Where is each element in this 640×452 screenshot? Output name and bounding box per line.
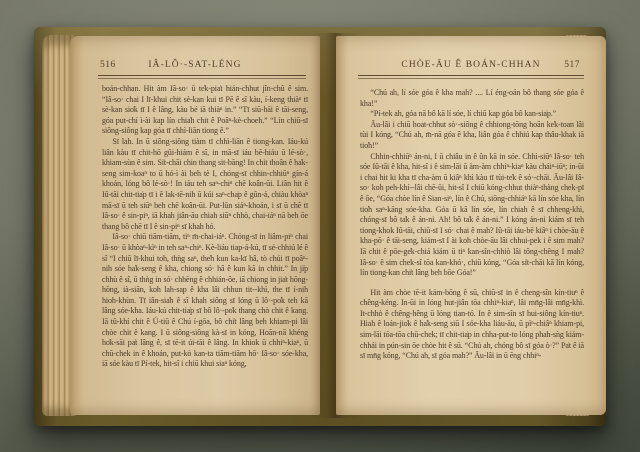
left-running-title: IÂ-LÔ·-SAT-LÉNG <box>148 60 241 70</box>
paragraph: “Pí-tek ah, góa nā bô kā lí sóe, lí chiū… <box>360 109 584 120</box>
right-header-rule <box>358 75 584 79</box>
right-page-text: “Chú ah, lí sóe góa ê kha mah? .... Lí é… <box>360 88 584 399</box>
paragraph: Sī lah. In ū siông-siông tiàm tī chhì-li… <box>102 137 308 232</box>
right-running-title: CHÒE-ĀU Ê BOÁN-CHHAN <box>401 60 540 70</box>
paragraph: Hit àm chòe tē-it kám-bōng ê sū, chiū-sī… <box>360 288 584 362</box>
right-page-header: CHÒE-ĀU Ê BOÁN-CHHAN 517 <box>336 60 606 73</box>
open-book: 516 IÂ-LÔ·-SAT-LÉNG boán-chhan. Hit àm I… <box>34 27 606 426</box>
right-page-number: 517 <box>564 60 580 70</box>
paragraph: boán-chhan. Hit àm Iâ-so· ū te̍k-pia̍t h… <box>102 84 308 137</box>
paragraph: Iâ-so· chiū tiām-tiām, tiⁿ m̄-chai-iáⁿ. … <box>102 232 308 370</box>
right-page: CHÒE-ĀU Ê BOÁN-CHHAN 517 “Chú ah, lí sóe… <box>336 36 606 415</box>
left-page-header: 516 IÂ-LÔ·-SAT-LÉNG <box>70 60 320 73</box>
left-page: 516 IÂ-LÔ·-SAT-LÉNG boán-chhan. Hit àm I… <box>70 36 320 415</box>
paragraph: Chhin-chhiūⁿ án-ni, I ū chiâu in ê ûn kā… <box>360 152 584 279</box>
left-page-number: 516 <box>100 60 116 70</box>
paragraph: “Chú ah, lí sóe góa ê kha mah? .... Lí é… <box>360 88 584 109</box>
photo-scene: 516 IÂ-LÔ·-SAT-LÉNG boán-chhan. Hit àm I… <box>0 0 640 452</box>
left-header-rule <box>98 75 306 79</box>
left-page-text: boán-chhan. Hit àm Iâ-so· ū te̍k-pia̍t h… <box>102 84 308 393</box>
paragraph: Āu-lâi i chiū hoat-chhut sò·-siông ê chh… <box>360 120 584 152</box>
